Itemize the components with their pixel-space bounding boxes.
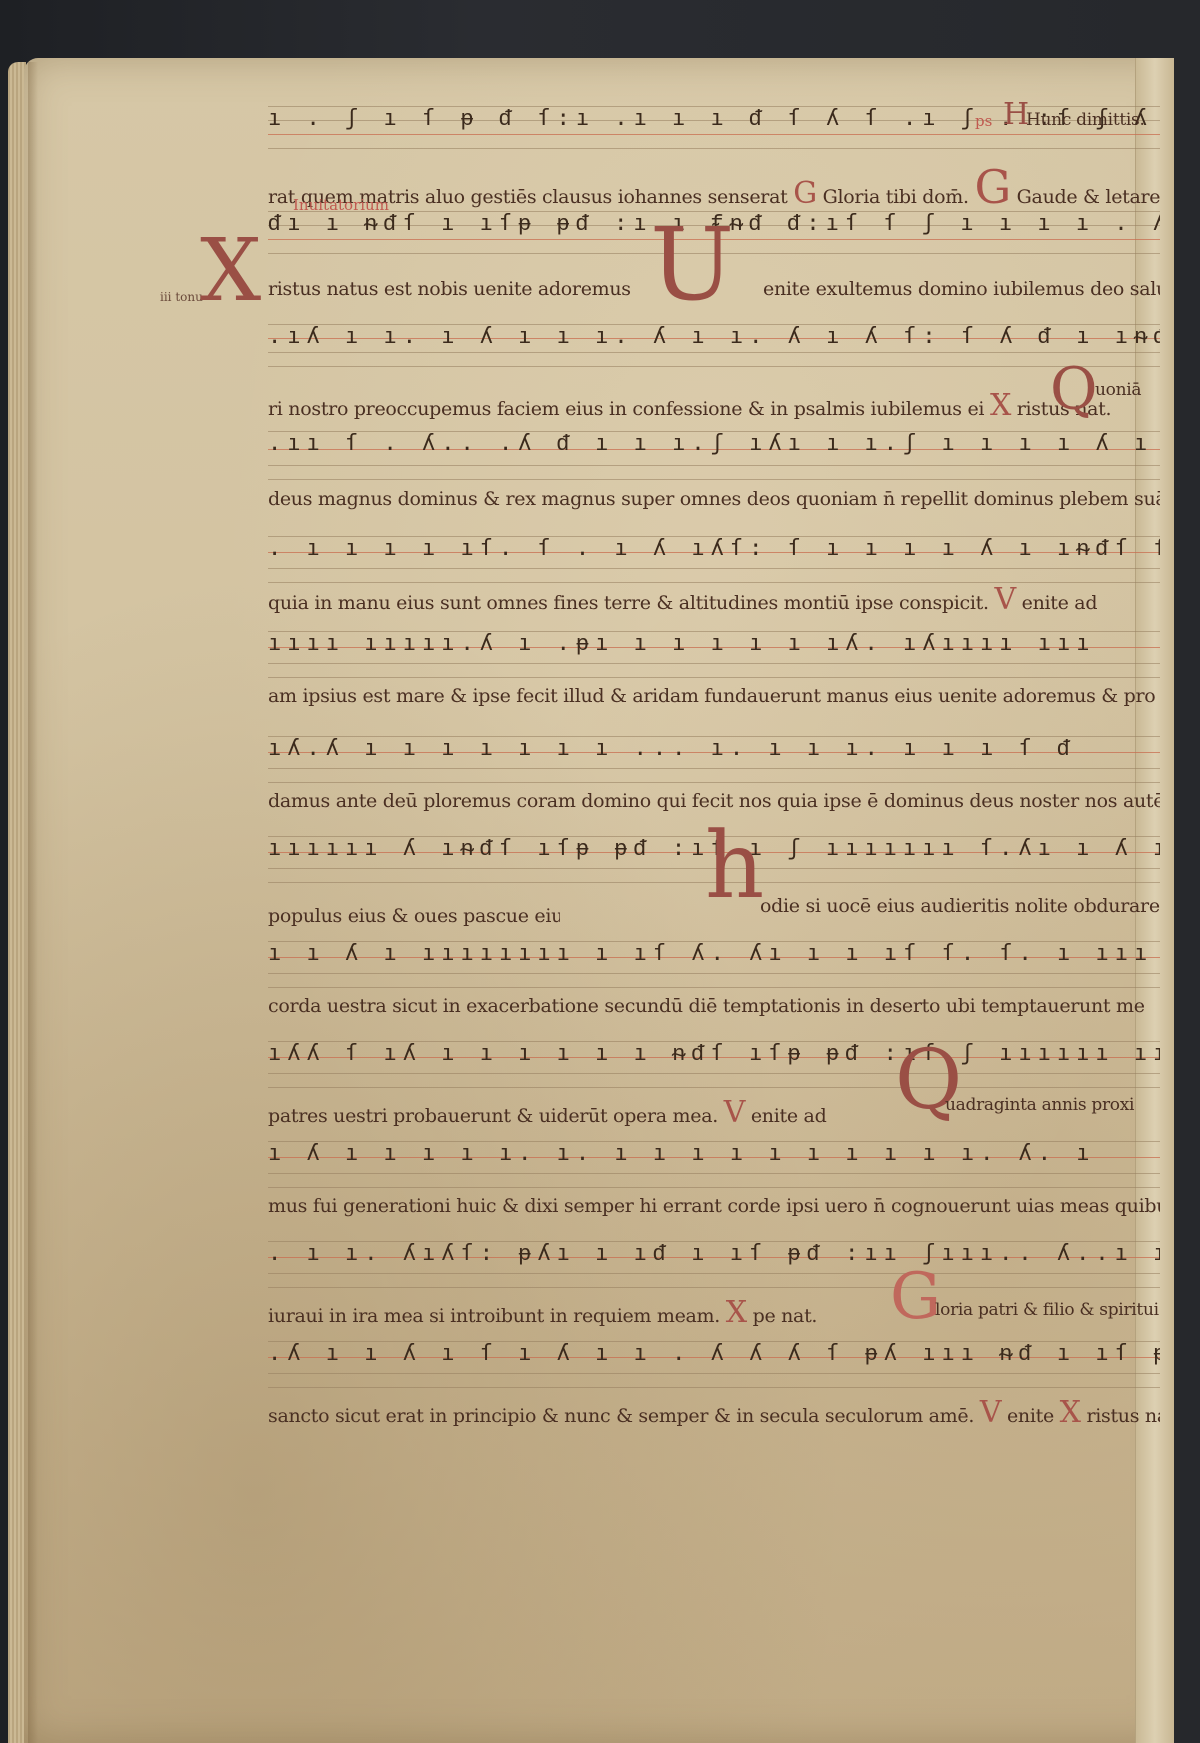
initial-V: V	[995, 582, 1016, 617]
text-line-8-tail: odie si uocē eius audieritis nolite obdu…	[760, 895, 1160, 917]
margin-note-tone: iii tonu	[160, 290, 203, 304]
initial-X: X	[200, 228, 261, 314]
text-line-2: ristus natus est nobis uenite adoremus	[268, 278, 760, 300]
text-line-10: patres uestri probauerunt & uiderūt oper…	[268, 1095, 880, 1130]
initial-V-2: V	[724, 1095, 745, 1130]
staff-10: ıʎʎ ſ ıʎ ı ı ı ı ı ı ᵰᵭſ ıſᵽ ᵽᵭ :ıſ ʃ ıı…	[268, 1035, 1160, 1097]
neumes-12: . ı ı. ʎıʎſ: ᵽʎı ı ıᵭ ı ıſ ᵽᵭ :ıı ʃııı..…	[268, 1241, 1160, 1267]
rubric-ps: ps	[975, 112, 992, 130]
neumes-4: .ıı ſ . ʎ.. .ʎ ᵭ ı ı ı.ʃ ıʎı ı ı.ʃ ı ı ı…	[268, 431, 1160, 457]
text-quadraginta: uadraginta annis proxi	[945, 1095, 1160, 1115]
text-line-7: damus ante deū ploremus coram domino qui…	[268, 790, 1160, 812]
neumes-7: ıʎ.ʎ ı ı ı ı ı ı ı ... ı. ı ı ı. ı ı ı ſ…	[268, 736, 1160, 762]
initial-V-3: V	[980, 1395, 1001, 1430]
staff-11: ı ʎ ı ı ı ı ı. ı. ı ı ı ı ı ı ı ı ı ı. ʎ…	[268, 1135, 1160, 1197]
initial-Q: Q	[1050, 360, 1098, 418]
text-line-13: sancto sicut erat in principio & nunc & …	[268, 1395, 1160, 1430]
neumes-5: . ı ı ı ı ıſ. ſ . ı ʎ ıʎſ: ſ ı ı ı ı ʎ ı…	[268, 536, 1160, 562]
text-line-12: iuraui in ira mea si introibunt in requi…	[268, 1295, 870, 1330]
text-line-9: corda uestra sicut in exacerbatione secu…	[268, 995, 1160, 1017]
neumes-10: ıʎʎ ſ ıʎ ı ı ı ı ı ı ᵰᵭſ ıſᵽ ᵽᵭ :ıſ ʃ ıı…	[268, 1041, 1160, 1067]
text-line-11: mus fui generationi huic & dixi semper h…	[268, 1195, 1160, 1217]
initial-G-3: G	[890, 1265, 941, 1329]
text-quonia: uoniā	[1095, 380, 1160, 400]
staff-4: .ıı ſ . ʎ.. .ʎ ᵭ ı ı ı.ʃ ıʎı ı ı.ʃ ı ı ı…	[268, 425, 1160, 487]
staff-6: ıııı ııııı.ʎ ı .ᵽı ı ı ı ı ı ıʎ. ıʎıııı …	[268, 625, 1160, 687]
neumes-9: ı ı ʎ ı ıııııııı ı ıſ ʎ. ʎı ı ı ıſ ſ. ſ.…	[268, 941, 1160, 966]
text-hunc-dimittis: Hunc dimittis.	[1026, 110, 1160, 130]
text-line-6: am ipsius est mare & ipse fecit illud & …	[268, 685, 1160, 707]
neumes-13: .ʎ ı ı ʎ ı ſ ı ʎ ı ı . ʎ ʎ ʎ ſ ᵽʎ ııı ᵰᵭ…	[268, 1341, 1160, 1367]
text-line-8: populus eius & oues pascue eius X ristus…	[268, 895, 560, 930]
neumes-11: ı ʎ ı ı ı ı ı. ı. ı ı ı ı ı ı ı ı ı ı. ʎ…	[268, 1141, 1160, 1166]
staff-9: ı ı ʎ ı ıııııııı ı ıſ ʎ. ʎı ı ı ıſ ſ. ſ.…	[268, 935, 1160, 997]
initial-X-small: X	[990, 388, 1011, 423]
initial-U: U	[650, 215, 734, 315]
staff-13: .ʎ ı ı ʎ ı ſ ı ʎ ı ı . ʎ ʎ ʎ ſ ᵽʎ ııı ᵰᵭ…	[268, 1335, 1160, 1397]
initial-h: h	[705, 820, 764, 912]
staff-12: . ı ı. ʎıʎſ: ᵽʎı ı ıᵭ ı ıſ ᵽᵭ :ıı ʃııı..…	[268, 1235, 1160, 1297]
neumes-3: .ıʎ ı ı. ı ʎ ı ı ı. ʎ ı ı. ʎ ı ʎ ſ: ſ ʎ …	[268, 324, 1160, 350]
text-line-5: quia in manu eius sunt omnes fines terre…	[268, 582, 1160, 617]
initial-X-small-4: X	[1060, 1395, 1081, 1430]
text-line-2-tail: enite exultemus domino iubilemus deo sal…	[763, 278, 1160, 300]
staff-3: .ıʎ ı ı. ı ʎ ı ı ı. ʎ ı ı. ʎ ı ʎ ſ: ſ ʎ …	[268, 318, 1160, 380]
initial-X-small-3: X	[726, 1295, 747, 1330]
staff-7: ıʎ.ʎ ı ı ı ı ı ı ı ... ı. ı ı ı. ı ı ı ſ…	[268, 730, 1160, 792]
text-line-3: ri nostro preoccupemus faciem eius in co…	[268, 388, 1160, 423]
neumes-6: ıııı ııııı.ʎ ı .ᵽı ı ı ı ı ı ıʎ. ıʎıııı …	[268, 631, 1160, 657]
text-gloria-patri: loria patri & filio & spiritui	[935, 1300, 1160, 1320]
text-line-4: deus magnus dominus & rex magnus super o…	[268, 488, 1160, 510]
